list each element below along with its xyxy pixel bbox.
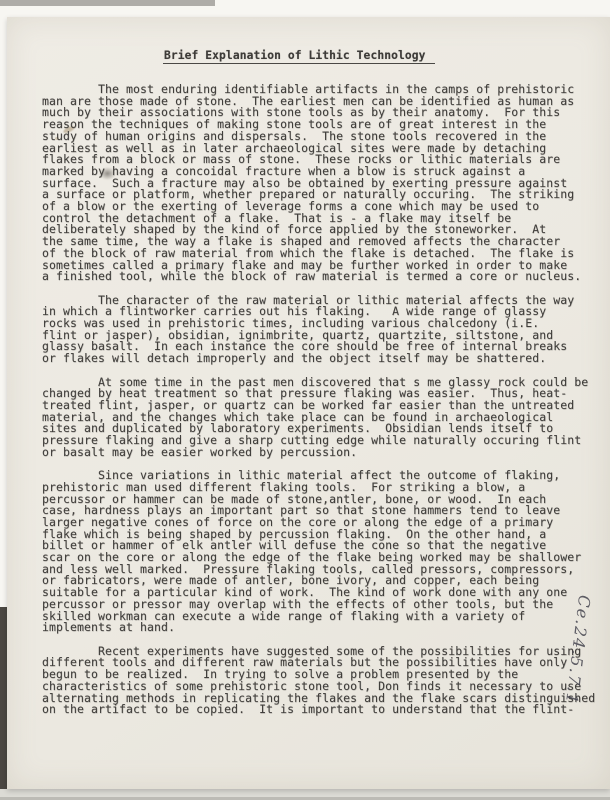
document-title: Brief Explanation of Lithic Technology	[163, 49, 435, 64]
scan-left-border	[0, 607, 7, 790]
scan-top-border	[0, 0, 215, 6]
paragraph-2: The character of the raw material or lit…	[42, 295, 604, 365]
document-page: Brief Explanation of Lithic Technology T…	[7, 17, 610, 789]
paragraph-1: The most enduring identifiable artifacts…	[42, 84, 604, 283]
document-body: The most enduring identifiable artifacts…	[42, 84, 604, 728]
paragraph-4: Since variations in lithic material affe…	[42, 470, 604, 634]
paragraph-5: Recent experiments have suggested some o…	[42, 646, 604, 716]
paragraph-3: At some time in the past men discovered …	[42, 377, 604, 459]
